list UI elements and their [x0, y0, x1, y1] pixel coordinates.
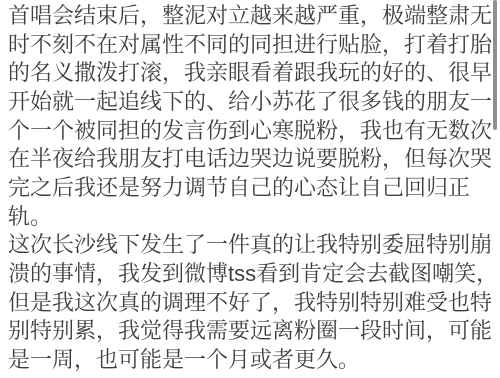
text-line: 溃的事情，我发到微博tss看到肯定会去截图嘲笑， — [8, 260, 500, 289]
text-line: 轨。 — [8, 203, 500, 232]
text-line: 但是我这次真的调理不好了，我特别特别难受也特 — [8, 289, 500, 318]
post-text: 首唱会结束后，整泥对立越来越严重，极端整肃无时不刻不在对属性不同的同担进行贴脸，… — [8, 2, 500, 375]
text-line: 时不刻不在对属性不同的同担进行贴脸，打着打胎 — [8, 31, 500, 60]
text-line: 完之后我还是努力调节自己的心态让自己回归正 — [8, 174, 500, 203]
text-line: 的名义撒泼打滚，我亲眼看着跟我玩的好的、很早 — [8, 59, 500, 88]
text-post-page: 首唱会结束后，整泥对立越来越严重，极端整肃无时不刻不在对属性不同的同担进行贴脸，… — [0, 0, 500, 378]
scrollbar-thumb[interactable] — [493, 0, 497, 130]
text-line: 别特别累，我觉得我需要远离粉圈一段时间，可能 — [8, 317, 500, 346]
text-line: 个一个被同担的发言伤到心寒脱粉，我也有无数次 — [8, 117, 500, 146]
text-line: 这次长沙线下发生了一件真的让我特别委屈特别崩 — [8, 231, 500, 260]
text-line: 是一周，也可能是一个月或者更久。 — [8, 346, 500, 375]
text-line: 首唱会结束后，整泥对立越来越严重，极端整肃无 — [8, 2, 500, 31]
text-line: 开始就一起追线下的、给小苏花了很多钱的朋友一 — [8, 88, 500, 117]
text-line: 在半夜给我朋友打电话边哭边说要脱粉，但每次哭 — [8, 145, 500, 174]
